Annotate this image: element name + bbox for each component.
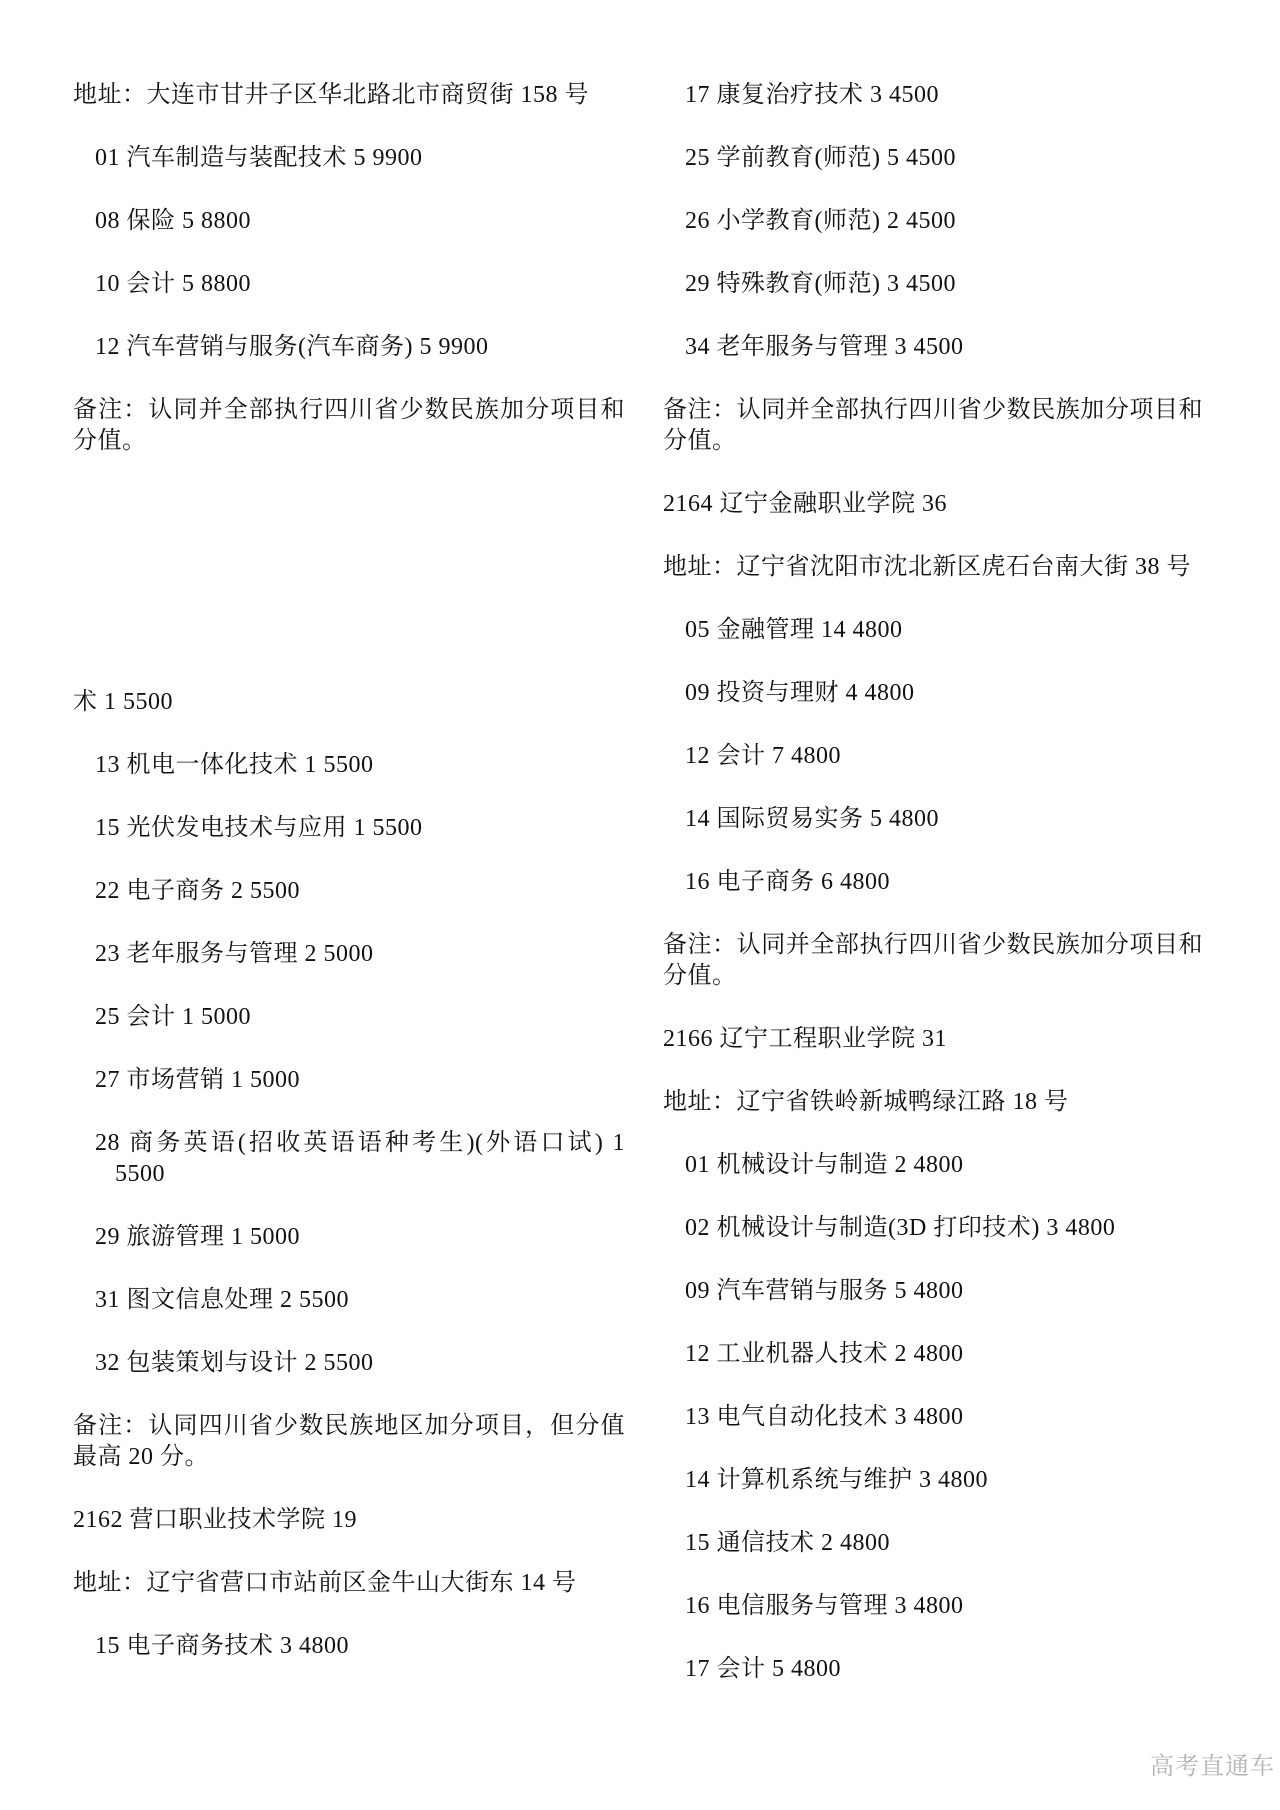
major-line: 32 包装策划与设计 2 5500 <box>115 1348 625 1379</box>
major-line: 26 小学教育(师范) 2 4500 <box>705 206 1203 237</box>
major-line: 12 会计 7 4800 <box>705 741 1203 772</box>
major-line: 22 电子商务 2 5500 <box>115 876 625 907</box>
major-line: 12 工业机器人技术 2 4800 <box>705 1339 1203 1370</box>
address-line: 地址：辽宁省铁岭新城鸭绿江路 18 号 <box>663 1087 1203 1118</box>
major-line: 13 机电一体化技术 1 5500 <box>115 750 625 781</box>
major-line: 01 机械设计与制造 2 4800 <box>705 1150 1203 1181</box>
major-line: 17 康复治疗技术 3 4500 <box>705 80 1203 111</box>
major-line: 25 会计 1 5000 <box>115 1002 625 1033</box>
address-line: 地址：大连市甘井子区华北路北市商贸街 158 号 <box>73 80 625 111</box>
address-line: 地址：辽宁省沈阳市沈北新区虎石台南大街 38 号 <box>663 552 1203 583</box>
school-line: 2166 辽宁工程职业学院 31 <box>663 1024 1203 1055</box>
major-line: 25 学前教育(师范) 5 4500 <box>705 143 1203 174</box>
school-line: 2162 营口职业技术学院 19 <box>73 1505 625 1536</box>
address-line: 地址：辽宁省营口市站前区金牛山大街东 14 号 <box>73 1568 625 1599</box>
major-line: 16 电子商务 6 4800 <box>705 867 1203 898</box>
major-line: 05 金融管理 14 4800 <box>705 615 1203 646</box>
major-line: 15 电子商务技术 3 4800 <box>115 1631 625 1662</box>
major-line: 29 特殊教育(师范) 3 4500 <box>705 269 1203 300</box>
spacer <box>73 489 625 687</box>
left-column: 地址：大连市甘井子区华北路北市商贸街 158 号01 汽车制造与装配技术 5 9… <box>73 0 625 1694</box>
continuation-line: 术 1 5500 <box>73 687 625 718</box>
major-line: 31 图文信息处理 2 5500 <box>115 1285 625 1316</box>
note-line: 备注：认同并全部执行四川省少数民族加分项目和分值。 <box>73 395 625 457</box>
major-line: 02 机械设计与制造(3D 打印技术) 3 4800 <box>705 1213 1203 1244</box>
major-line: 09 汽车营销与服务 5 4800 <box>705 1276 1203 1307</box>
major-line: 01 汽车制造与装配技术 5 9900 <box>115 143 625 174</box>
school-line: 2164 辽宁金融职业学院 36 <box>663 489 1203 520</box>
major-line: 13 电气自动化技术 3 4800 <box>705 1402 1203 1433</box>
major-line: 29 旅游管理 1 5000 <box>115 1222 625 1253</box>
right-column: 17 康复治疗技术 3 450025 学前教育(师范) 5 450026 小学教… <box>663 0 1203 1717</box>
major-line: 17 会计 5 4800 <box>705 1654 1203 1685</box>
major-line: 14 国际贸易实务 5 4800 <box>705 804 1203 835</box>
major-line: 34 老年服务与管理 3 4500 <box>705 332 1203 363</box>
note-line: 备注：认同并全部执行四川省少数民族加分项目和分值。 <box>663 395 1203 457</box>
major-line: 15 通信技术 2 4800 <box>705 1528 1203 1559</box>
major-line: 28 商务英语(招收英语语种考生)(外语口试) 1 5500 <box>115 1128 625 1190</box>
major-line: 10 会计 5 8800 <box>115 269 625 300</box>
major-line: 16 电信服务与管理 3 4800 <box>705 1591 1203 1622</box>
major-line: 23 老年服务与管理 2 5000 <box>115 939 625 970</box>
document-page: 地址：大连市甘井子区华北路北市商贸街 158 号01 汽车制造与装配技术 5 9… <box>0 0 1280 1810</box>
note-line: 备注：认同四川省少数民族地区加分项目，但分值最高 20 分。 <box>73 1411 625 1473</box>
major-line: 15 光伏发电技术与应用 1 5500 <box>115 813 625 844</box>
major-line: 27 市场营销 1 5000 <box>115 1065 625 1096</box>
major-line: 09 投资与理财 4 4800 <box>705 678 1203 709</box>
major-line: 14 计算机系统与维护 3 4800 <box>705 1465 1203 1496</box>
major-line: 12 汽车营销与服务(汽车商务) 5 9900 <box>115 332 625 363</box>
watermark: 高考直通车 <box>1150 1753 1275 1781</box>
major-line: 08 保险 5 8800 <box>115 206 625 237</box>
note-line: 备注：认同并全部执行四川省少数民族加分项目和分值。 <box>663 930 1203 992</box>
